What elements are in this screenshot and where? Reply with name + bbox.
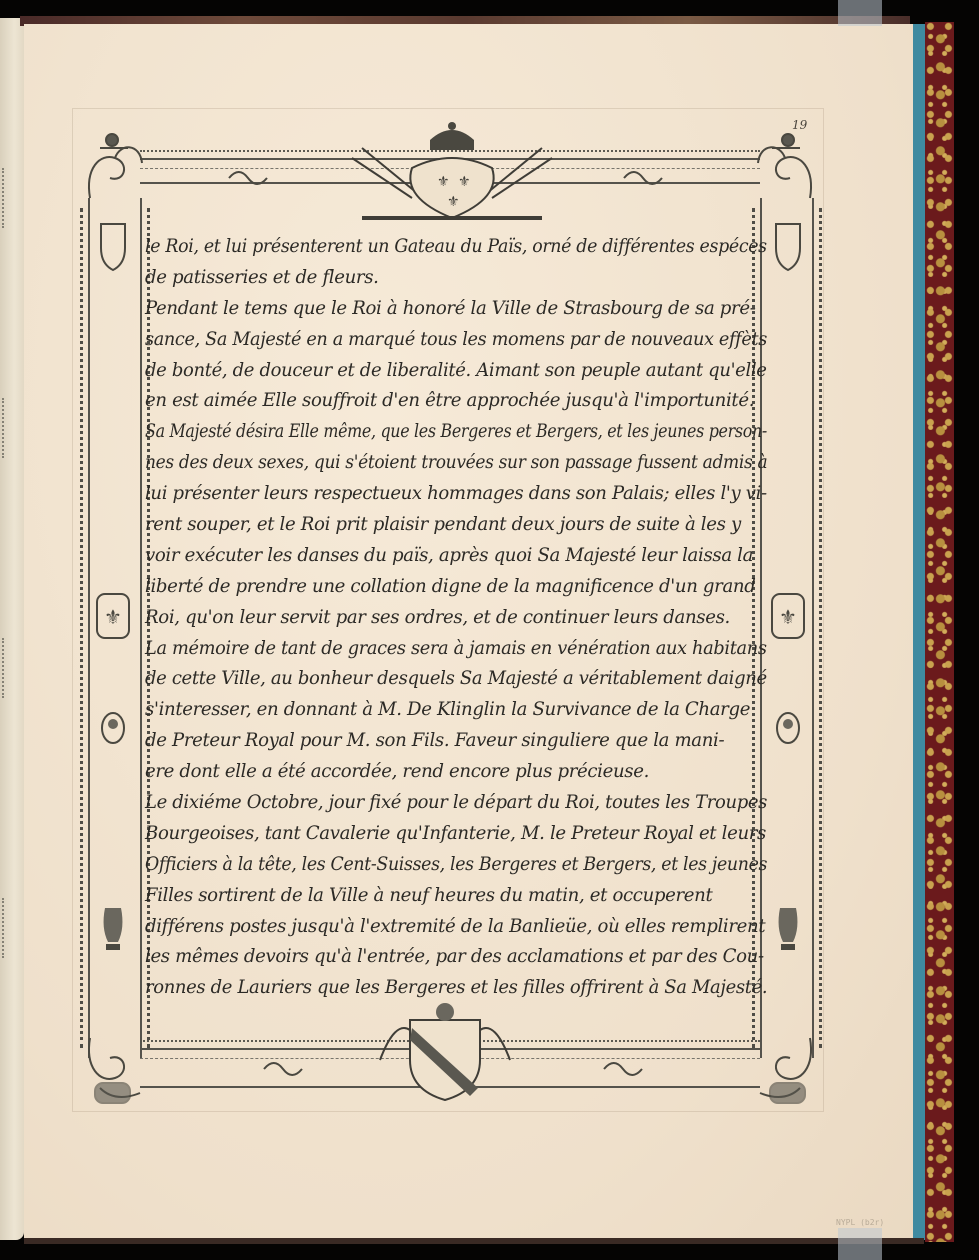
urn-icon [93,898,133,958]
cover-teal-band [913,24,925,1240]
svg-text:⚜: ⚜ [779,605,797,629]
facing-page-ornament [2,638,18,698]
tape-bottom [838,1228,882,1260]
rococo-corner-icon [80,1028,150,1108]
shield-medallion-icon [93,218,133,278]
text-line: de Preteur Royal pour M. son Fils. Faveu… [145,726,767,757]
body-text: le Roi, et lui présenterent un Gateau du… [145,232,770,1004]
text-line: les mêmes devoirs qu'à l'entrée, par des… [145,942,767,973]
text-line: ere dont elle a été accordée, rend encor… [145,757,767,788]
text-line: Bourgeoises, tant Cavalerie qu'Infanteri… [145,819,767,850]
shelfmark: NYPL (b2r) [836,1218,884,1227]
text-line: Le dixiéme Octobre, jour fixé pour le dé… [145,788,763,819]
page-bottom-edge [24,1238,924,1244]
text-line: Pendant le tems que le Roi à honoré la V… [145,294,767,325]
text-line: ronnes de Lauriers que les Bergeres et l… [145,973,762,1004]
svg-text:⚜: ⚜ [104,605,122,629]
text-line: différens postes jusqu'à l'extremité de … [145,912,767,943]
facing-page-ornament [2,168,18,228]
shield-medallion-icon [768,218,808,278]
portrait-medallion-icon [93,698,133,758]
text-line: liberté de prendre une collation digne d… [145,572,767,603]
scroll-ornament-icon [620,164,666,192]
rococo-corner-icon [80,128,150,208]
text-line: en est aimée Elle souffroit d'en être ap… [145,386,767,417]
marbled-cover-edge [925,22,954,1242]
svg-text:⚜: ⚜ [458,174,471,190]
text-line: Sa Majesté désira Elle même, que les Ber… [145,417,690,448]
text-line: nes des deux sexes, qui s'étoient trouvé… [145,448,730,479]
text-line: s'interesser, en donnant à M. De Klingli… [145,695,767,726]
portrait-medallion-icon [768,698,808,758]
scroll-ornament-icon [225,164,271,192]
city-arms-crest-icon [370,1000,520,1108]
text-line: de bonté, de douceur et de liberalité. A… [145,356,763,387]
royal-crest-icon: ⚜ ⚜ ⚜ [342,118,562,226]
rococo-corner-icon [750,128,820,208]
svg-text:⚜: ⚜ [447,194,460,210]
text-line: sance, Sa Majesté en a marqué tous les m… [145,325,751,356]
rococo-corner-icon [750,1028,820,1108]
text-line: de cette Ville, au bonheur desquels Sa M… [145,664,763,695]
fleur-de-lis-cartouche-icon: ⚜ [768,588,808,648]
text-line: voir exécuter les danses du païs, après … [145,541,767,572]
svg-text:⚜: ⚜ [437,174,450,190]
text-line: La mémoire de tant de graces sera à jama… [145,634,755,665]
text-line: rent souper, et le Roi prit plaisir pend… [145,510,767,541]
facing-page-ornament [2,398,18,458]
tape-top [838,0,882,26]
text-line: de patisseries et de fleurs. [145,263,767,294]
urn-icon [768,898,808,958]
fleur-de-lis-cartouche-icon: ⚜ [93,588,133,648]
text-line: le Roi, et lui présenterent un Gateau du… [145,232,742,263]
text-line: lui présenter leurs respectueux hommages… [145,479,765,510]
scroll-ornament-icon [260,1055,306,1083]
scroll-ornament-icon [600,1055,646,1083]
text-line: Filles sortirent de la Ville à neuf heur… [145,881,767,912]
facing-page-edge [0,18,24,1240]
facing-page-ornament [2,898,18,958]
text-line: Roi, qu'on leur servit par ses ordres, e… [145,603,767,634]
text-line: Officiers à la tête, les Cent-Suisses, l… [145,850,741,881]
